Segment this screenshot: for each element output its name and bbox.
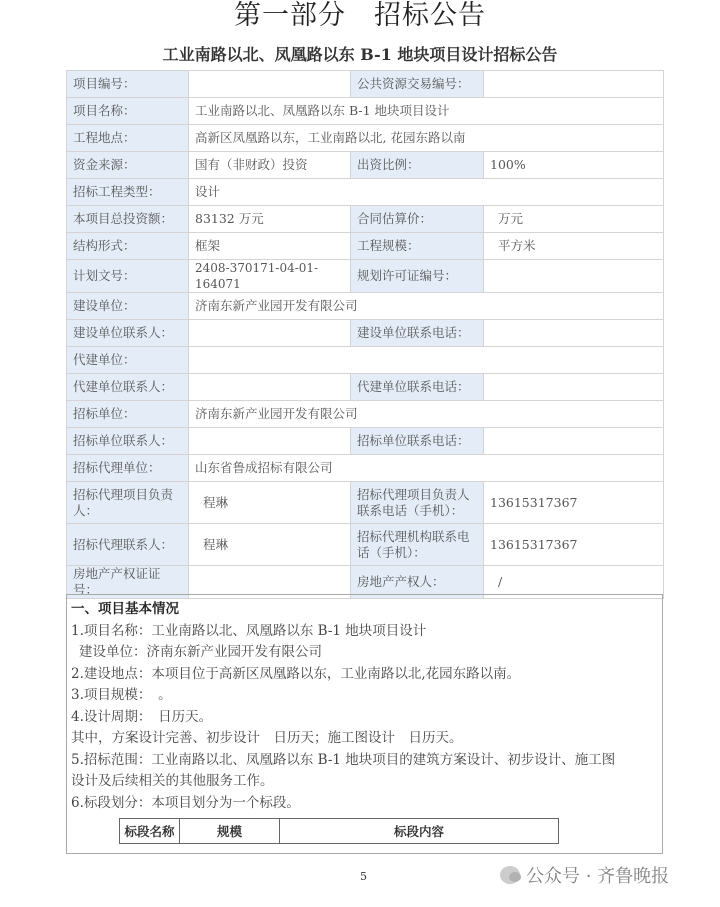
value-builder: 济南东新产业园开发有限公司 — [189, 293, 664, 320]
table-row: 建设单位： 济南东新产业园开发有限公司 — [67, 293, 664, 320]
wechat-icon — [500, 866, 520, 884]
label-project-number: 项目编号： — [67, 71, 189, 98]
table-row: 资金来源： 国有（非财政）投资 出资比例： 100% — [67, 152, 664, 179]
table-row: 项目名称： 工业南路以北、凤凰路以东 B-1 地块项目设计 — [67, 98, 664, 125]
table-row: 结构形式： 框架 工程规模： 平方米 — [67, 233, 664, 260]
value-tenderer-contact — [189, 428, 351, 455]
label-tender-type: 招标工程类型： — [67, 179, 189, 206]
lots-table: 标段名称 规模 标段内容 — [119, 818, 559, 844]
label-funding-source: 资金来源： — [67, 152, 189, 179]
item-tender-scope-cont: 设计及后续相关的其他服务工作。 — [67, 771, 662, 793]
item-period-detail: 其中，方案设计完善、初步设计 日历天；施工图设计 日历天。 — [67, 728, 662, 750]
value-project-number — [189, 71, 351, 98]
value-planning-permit — [484, 260, 664, 293]
value-agent-builder-phone — [484, 374, 664, 401]
table-row: 本项目总投资额： 83132 万元 合同估算价： 万元 — [67, 206, 664, 233]
label-scale: 工程规模： — [351, 233, 484, 260]
table-row: 招标单位联系人： 招标单位联系电话： — [67, 428, 664, 455]
label-agency-lead-phone: 招标代理项目负责人联系电话（手机）： — [351, 482, 484, 524]
label-agency-phone: 招标代理机构联系电话（手机）： — [351, 524, 484, 566]
label-agent-builder-contact: 代建单位联系人： — [67, 374, 189, 401]
value-trade-number — [484, 71, 664, 98]
item-lot-division: 6.标段划分：本项目划分为一个标段。 — [67, 793, 662, 815]
value-builder-contact — [189, 320, 351, 347]
section-heading: 一、项目基本情况 — [67, 599, 662, 621]
part-title: 第一部分 招标公告 — [0, 0, 720, 32]
table-row: 招标工程类型： 设计 — [67, 179, 664, 206]
value-contract-estimate: 万元 — [484, 206, 664, 233]
table-row: 计划文号： 2408-370171-04-01-164071 规划许可证编号： — [67, 260, 664, 293]
label-agent-builder: 代建单位： — [67, 347, 189, 374]
item-builder: 建设单位：济南东新产业园开发有限公司 — [67, 642, 662, 664]
value-builder-phone — [484, 320, 664, 347]
table-row: 招标代理项目负责人： 程琳 招标代理项目负责人联系电话（手机）： 1361531… — [67, 482, 664, 524]
table-header-row: 标段名称 规模 标段内容 — [120, 819, 559, 844]
value-funding-ratio: 100% — [484, 152, 664, 179]
item-project-name: 1.项目名称：工业南路以北、凤凰路以东 B-1 地块项目设计 — [67, 621, 662, 643]
document-title: 工业南路以北、凤凰路以东 B-1 地块项目设计招标公告 — [0, 44, 720, 66]
label-agency-contact: 招标代理联系人： — [67, 524, 189, 566]
table-row: 工程地点： 高新区凤凰路以东，工业南路以北, 花园东路以南 — [67, 125, 664, 152]
value-agent-builder — [189, 347, 664, 374]
table-row: 招标单位： 济南东新产业园开发有限公司 — [67, 401, 664, 428]
table-row: 项目编号： 公共资源交易编号： — [67, 71, 664, 98]
label-structure: 结构形式： — [67, 233, 189, 260]
label-tenderer: 招标单位： — [67, 401, 189, 428]
page-number: 5 — [360, 870, 367, 883]
value-tender-agency: 山东省鲁成招标有限公司 — [189, 455, 664, 482]
value-tender-type: 设计 — [189, 179, 664, 206]
value-agency-contact: 程琳 — [189, 524, 351, 566]
label-tenderer-contact: 招标单位联系人： — [67, 428, 189, 455]
watermark-text: 公众号 · 齐鲁晚报 — [526, 862, 669, 888]
label-location: 工程地点： — [67, 125, 189, 152]
label-tenderer-phone: 招标单位联系电话： — [351, 428, 484, 455]
item-tender-scope: 5.招标范围：工业南路以北、凤凰路以东 B-1 地块项目的建筑方案设计、初步设计… — [67, 750, 662, 772]
table-row: 代建单位联系人： 代建单位联系电话： — [67, 374, 664, 401]
table-row: 招标代理单位： 山东省鲁成招标有限公司 — [67, 455, 664, 482]
header-scale: 规模 — [180, 819, 280, 844]
label-agent-builder-phone: 代建单位联系电话： — [351, 374, 484, 401]
project-basic-info-section: 一、项目基本情况 1.项目名称：工业南路以北、凤凰路以东 B-1 地块项目设计 … — [66, 594, 663, 854]
value-tenderer: 济南东新产业园开发有限公司 — [189, 401, 664, 428]
value-project-name: 工业南路以北、凤凰路以东 B-1 地块项目设计 — [189, 98, 664, 125]
label-builder-contact: 建设单位联系人： — [67, 320, 189, 347]
value-agency-lead-phone: 13615317367 — [484, 482, 664, 524]
table-row: 招标代理联系人： 程琳 招标代理机构联系电话（手机）： 13615317367 — [67, 524, 664, 566]
value-scale: 平方米 — [484, 233, 664, 260]
label-planning-permit: 规划许可证编号： — [351, 260, 484, 293]
header-lot-name: 标段名称 — [120, 819, 180, 844]
label-plan-number: 计划文号： — [67, 260, 189, 293]
value-total-investment: 83132 万元 — [189, 206, 351, 233]
table-row: 建设单位联系人： 建设单位联系电话： — [67, 320, 664, 347]
label-trade-number: 公共资源交易编号： — [351, 71, 484, 98]
value-structure: 框架 — [189, 233, 351, 260]
value-agency-project-lead: 程琳 — [189, 482, 351, 524]
label-total-investment: 本项目总投资额： — [67, 206, 189, 233]
item-scale: 3.项目规模： 。 — [67, 685, 662, 707]
project-info-table: 项目编号： 公共资源交易编号： 项目名称： 工业南路以北、凤凰路以东 B-1 地… — [66, 70, 664, 599]
label-builder: 建设单位： — [67, 293, 189, 320]
item-design-period: 4.设计周期： 日历天。 — [67, 707, 662, 729]
item-location: 2.建设地点：本项目位于高新区凤凰路以东，工业南路以北,花园东路以南。 — [67, 664, 662, 686]
label-agency-project-lead: 招标代理项目负责人： — [67, 482, 189, 524]
label-builder-phone: 建设单位联系电话： — [351, 320, 484, 347]
value-tenderer-phone — [484, 428, 664, 455]
label-project-name: 项目名称： — [67, 98, 189, 125]
watermark: 公众号 · 齐鲁晚报 — [500, 862, 669, 888]
value-location: 高新区凤凰路以东，工业南路以北, 花园东路以南 — [189, 125, 664, 152]
value-plan-number: 2408-370171-04-01-164071 — [189, 260, 351, 293]
label-tender-agency: 招标代理单位： — [67, 455, 189, 482]
header-lot-content: 标段内容 — [280, 819, 559, 844]
value-agent-builder-contact — [189, 374, 351, 401]
table-row: 代建单位： — [67, 347, 664, 374]
value-funding-source: 国有（非财政）投资 — [189, 152, 351, 179]
label-funding-ratio: 出资比例： — [351, 152, 484, 179]
value-agency-phone: 13615317367 — [484, 524, 664, 566]
label-contract-estimate: 合同估算价： — [351, 206, 484, 233]
